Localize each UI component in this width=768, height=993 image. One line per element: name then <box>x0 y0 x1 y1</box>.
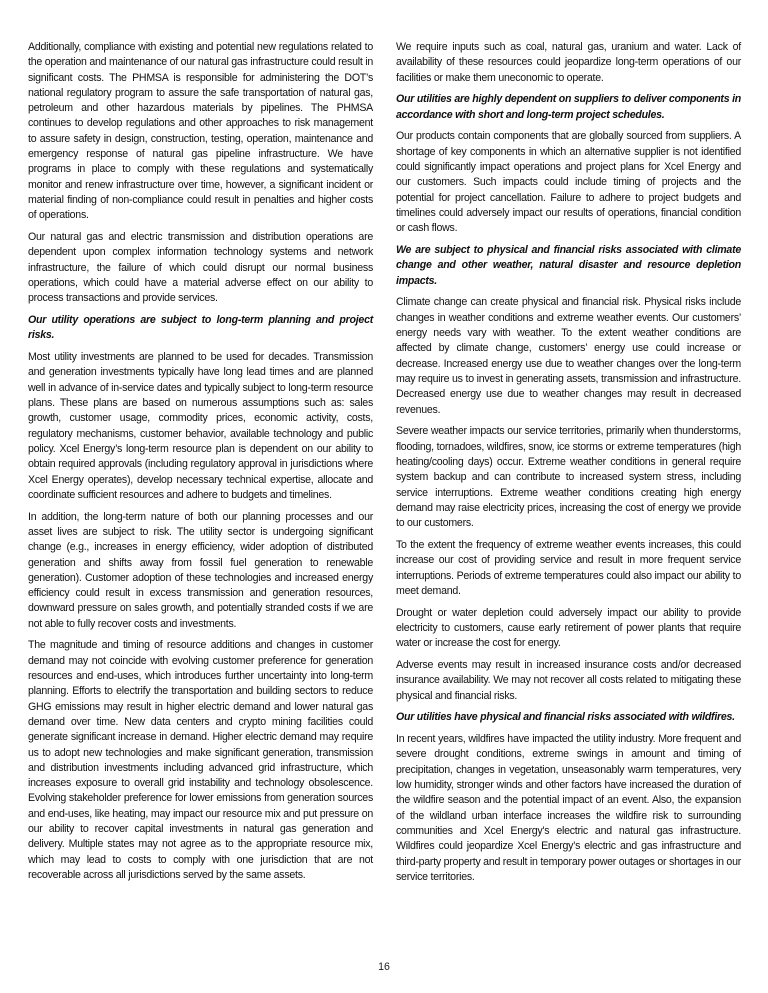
paragraph-drought: Drought or water depletion could adverse… <box>396 606 741 652</box>
paragraph-utility-investments: Most utility investments are planned to … <box>28 350 373 503</box>
section-heading-climate-risk: We are subject to physical and financial… <box>396 243 741 289</box>
paragraph-severe-weather: Severe weather impacts our service terri… <box>396 424 741 531</box>
left-column: Additionally, compliance with existing a… <box>28 40 373 890</box>
paragraph-resource-additions: The magnitude and timing of resource add… <box>28 638 373 883</box>
paragraph-insurance: Adverse events may result in increased i… <box>396 658 741 704</box>
paragraph-climate-change: Climate change can create physical and f… <box>396 295 741 417</box>
section-heading-wildfires: Our utilities have physical and financia… <box>396 710 741 725</box>
paragraph-wildfires: In recent years, wildfires have impacted… <box>396 732 741 885</box>
document-page: Additionally, compliance with existing a… <box>0 0 768 993</box>
section-heading-suppliers: Our utilities are highly dependent on su… <box>396 92 741 123</box>
section-heading-long-term-planning: Our utility operations are subject to lo… <box>28 313 373 344</box>
page-number: 16 <box>0 961 768 973</box>
right-column: We require inputs such as coal, natural … <box>396 40 741 892</box>
paragraph-planning-risk: In addition, the long-term nature of bot… <box>28 510 373 632</box>
paragraph-extreme-weather-frequency: To the extent the frequency of extreme w… <box>396 538 741 599</box>
paragraph-it-systems: Our natural gas and electric transmissio… <box>28 230 373 306</box>
paragraph-components: Our products contain components that are… <box>396 129 741 236</box>
paragraph-regulatory-compliance: Additionally, compliance with existing a… <box>28 40 373 224</box>
paragraph-inputs: We require inputs such as coal, natural … <box>396 40 741 86</box>
